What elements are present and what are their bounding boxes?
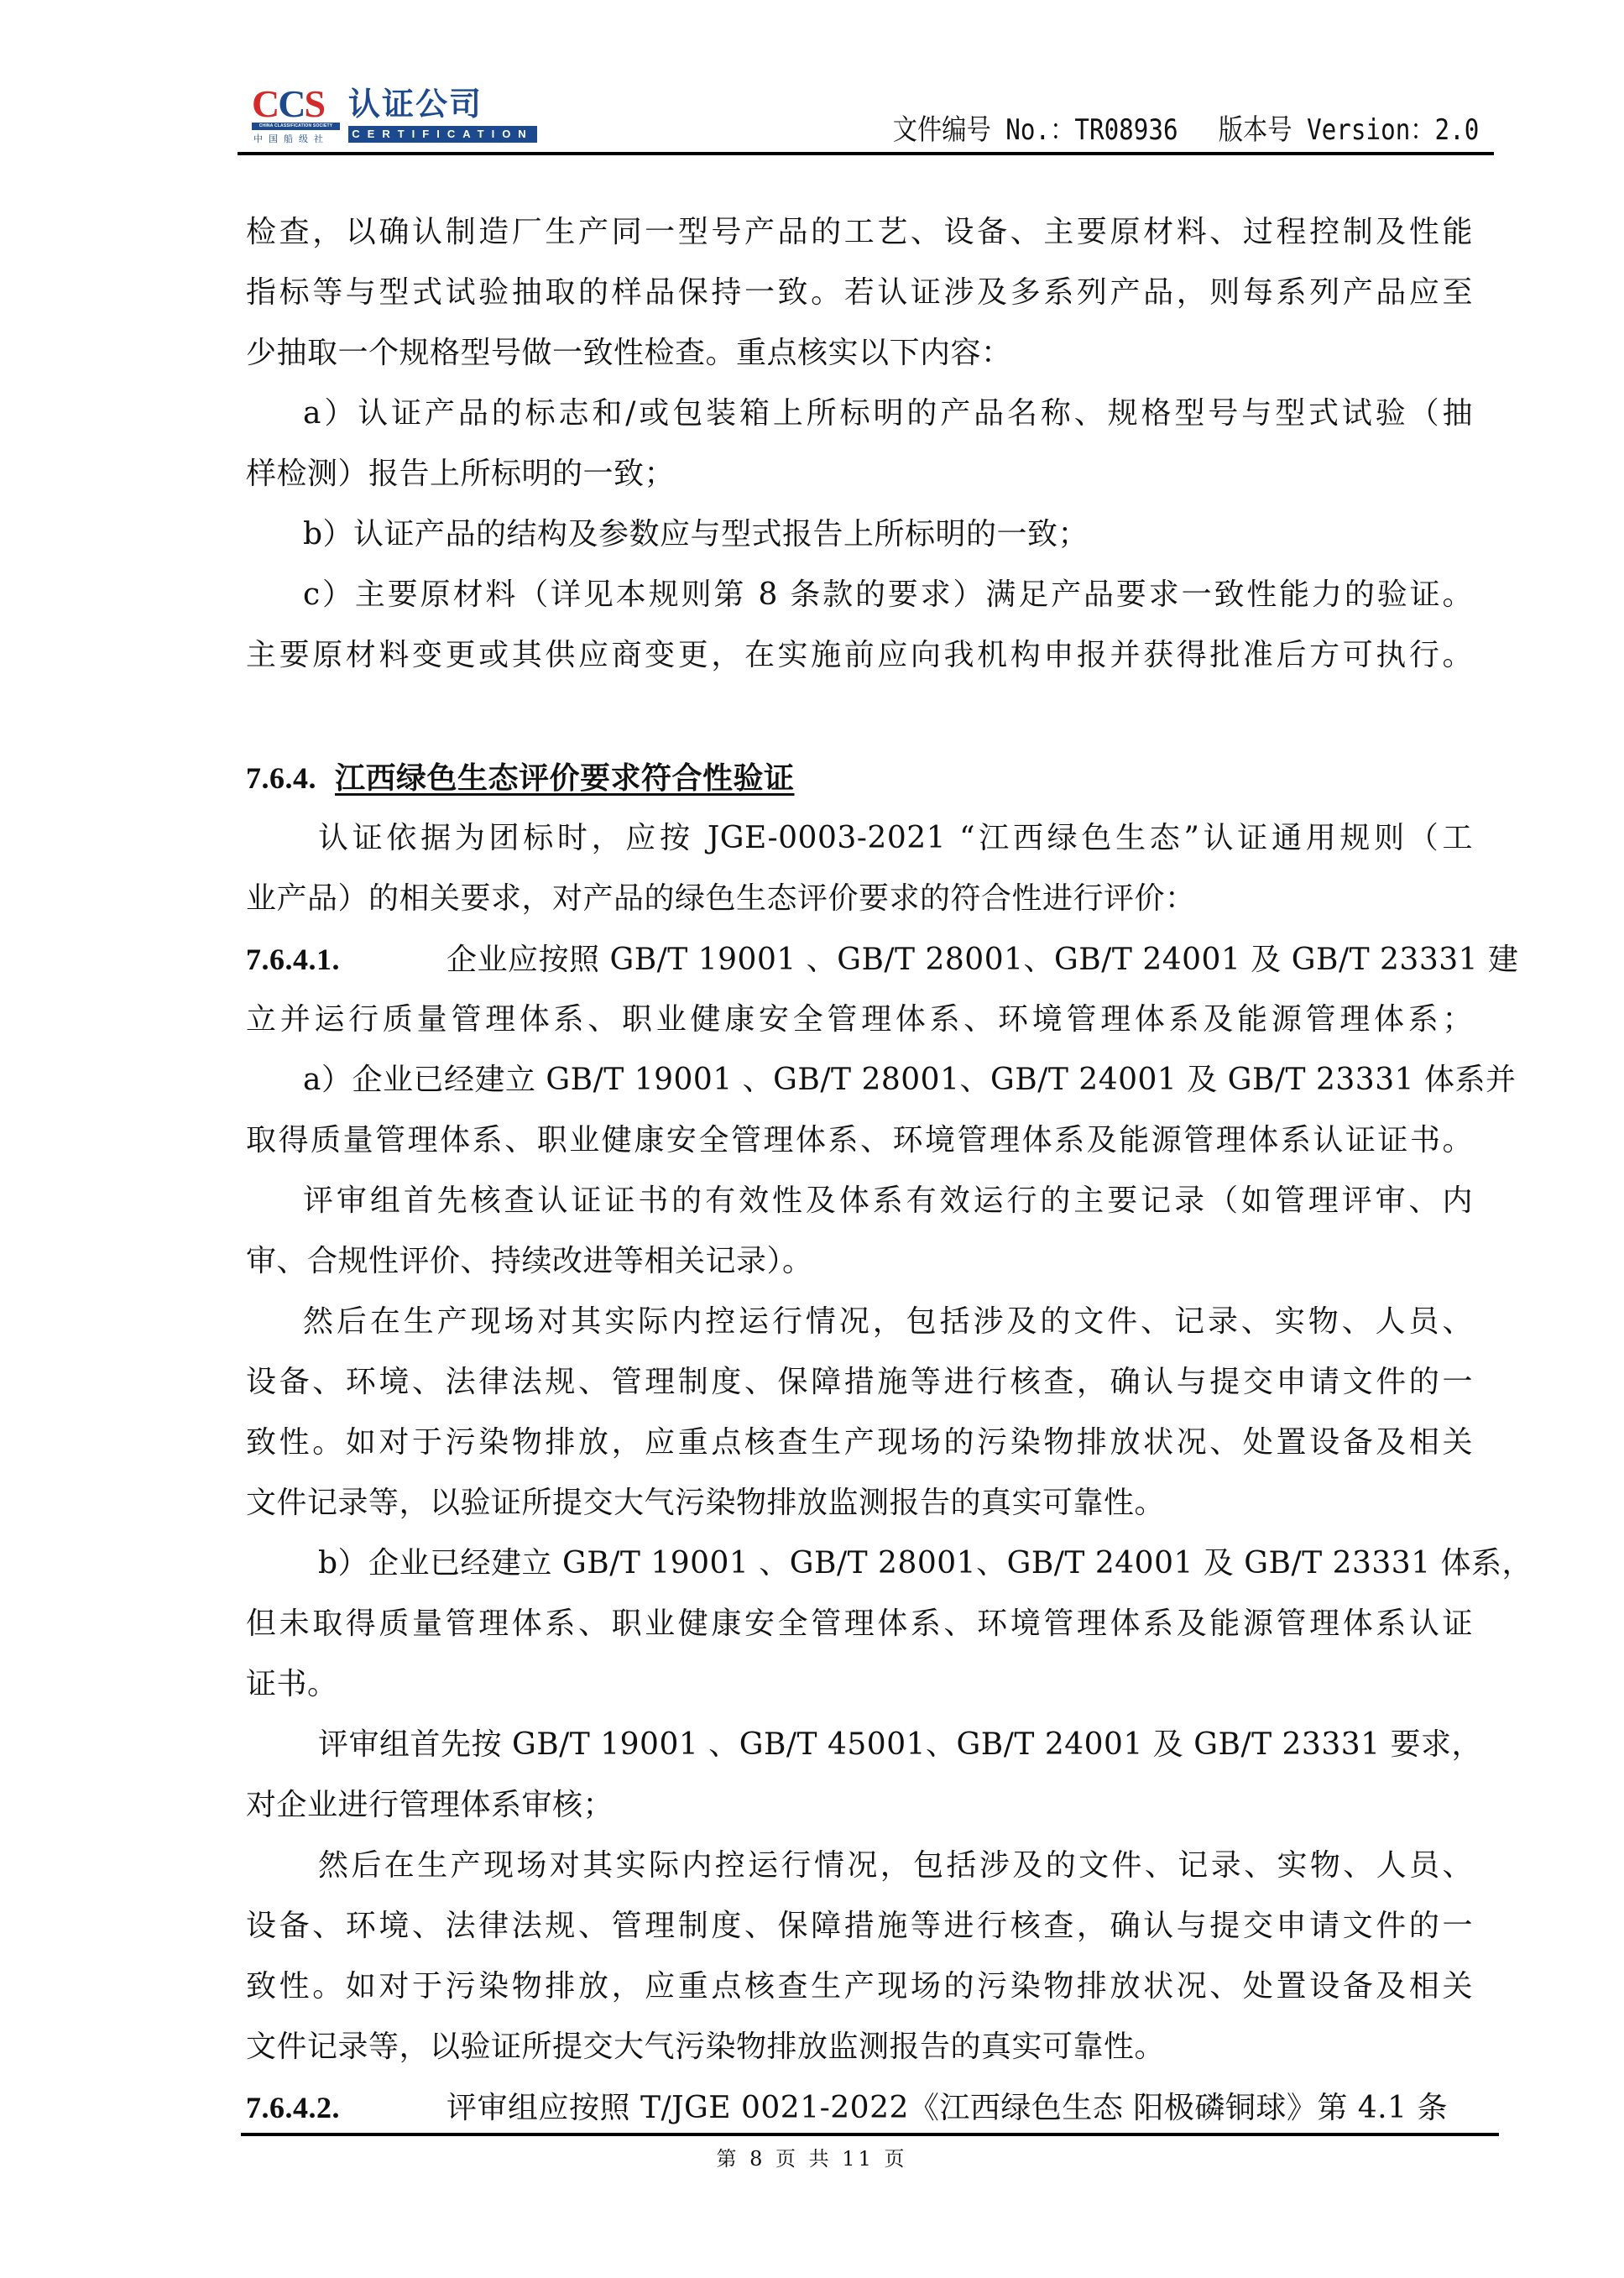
clause-item-a: a）企业已经建立 GB/T 19001 、GB/T 28001、GB/T 240… (246, 1050, 1473, 1110)
section-title: 江西绿色生态评价要求符合性验证 (335, 760, 795, 796)
ccs-certification-logo: CCS CHINA CLASSIFICATION SOCIETY 中国船级社 认… (252, 86, 537, 145)
list-item-a: a）认证产品的标志和/或包装箱上所标明的产品名称、规格型号与型式试验（抽 (246, 384, 1473, 444)
list-item-a-cont: 样检测）报告上所标明的一致； (246, 444, 1473, 504)
clause-number: 7.6.4.1. (246, 929, 446, 990)
clause-text-cont: 立并运行质量管理体系、职业健康安全管理体系、环境管理体系及能源管理体系； (246, 990, 1473, 1050)
section-intro: 认证依据为团标时，应按 JGE-0003-2021 “江西绿色生态”认证通用规则… (246, 808, 1473, 869)
review-paragraph-cont: 对企业进行管理体系审核； (246, 1775, 1473, 1836)
logo-ccs-mark: CCS (252, 86, 344, 122)
clause-item-a-cont: 取得质量管理体系、职业健康安全管理体系、环境管理体系及能源管理体系认证证书。 (246, 1110, 1473, 1171)
list-item-b: b）认证产品的结构及参数应与型式报告上所标明的一致； (246, 504, 1473, 565)
section-heading: 7.6.4.江西绿色生态评价要求符合性验证 (246, 748, 1473, 808)
list-item-c-cont: 主要原材料变更或其供应商变更，在实施前应向我机构申报并获得批准后方可执行。 (246, 625, 1473, 686)
review-paragraph-cont: 审、合规性评价、持续改进等相关记录）。 (246, 1231, 1473, 1292)
clause-heading: 7.6.4.2.评审组应按照 T/JGE 0021-2022《江西绿色生态 阳极… (246, 2077, 1473, 2138)
onsite-paragraph-cont: 设备、环境、法律法规、管理制度、保障措施等进行核查，确认与提交申请文件的一 (246, 1352, 1473, 1413)
clause-text: 评审组应按照 T/JGE 0021-2022《江西绿色生态 阳极磷铜球》第 4.… (446, 2091, 1448, 2125)
page-header: CCS CHINA CLASSIFICATION SOCIETY 中国船级社 认… (238, 80, 1494, 155)
section-intro-cont: 业产品）的相关要求，对产品的绿色生态评价要求的符合性进行评价： (246, 869, 1473, 929)
onsite-paragraph: 然后在生产现场对其实际内控运行情况，包括涉及的文件、记录、实物、人员、 (246, 1836, 1473, 1896)
review-paragraph: 评审组首先核查认证证书的有效性及体系有效运行的主要记录（如管理评审、内 (246, 1171, 1473, 1231)
paragraph-line: 指标等与型式试验抽取的样品保持一致。若认证涉及多系列产品，则每系列产品应至 (246, 263, 1473, 323)
clause-item-b-cont: 但未取得质量管理体系、职业健康安全管理体系、环境管理体系及能源管理体系认证 (246, 1594, 1473, 1654)
page-number: 第 8 页 共 11 页 (0, 2145, 1624, 2172)
onsite-paragraph-cont: 致性。如对于污染物排放，应重点核查生产现场的污染物排放状况、处置设备及相关 (246, 1413, 1473, 1473)
paragraph-line: 检查，以确认制造厂生产同一型号产品的工艺、设备、主要原材料、过程控制及性能 (246, 202, 1473, 263)
paragraph-line: 少抽取一个规格型号做一致性检查。重点核实以下内容： (246, 323, 1473, 384)
clause-number: 7.6.4.2. (246, 2077, 446, 2138)
clause-item-b: b）企业已经建立 GB/T 19001 、GB/T 28001、GB/T 240… (246, 1533, 1473, 1594)
document-body: 检查，以确认制造厂生产同一型号产品的工艺、设备、主要原材料、过程控制及性能 指标… (246, 202, 1473, 2138)
version-number: 2.0 (1434, 113, 1479, 147)
clause-heading: 7.6.4.1.企业应按照 GB/T 19001 、GB/T 28001、GB/… (246, 929, 1473, 990)
version-label: 版本号 Version： (1218, 113, 1434, 147)
clause-text: 企业应按照 GB/T 19001 、GB/T 28001、GB/T 24001 … (446, 943, 1519, 977)
logo-company-cn: 认证公司 (348, 86, 483, 122)
onsite-paragraph-cont: 文件记录等，以验证所提交大气污染物排放监测报告的真实可靠性。 (246, 2017, 1473, 2077)
onsite-paragraph: 然后在生产现场对其实际内控运行情况，包括涉及的文件、记录、实物、人员、 (246, 1292, 1473, 1352)
onsite-paragraph-cont: 设备、环境、法律法规、管理制度、保障措施等进行核查，确认与提交申请文件的一 (246, 1896, 1473, 1957)
review-paragraph: 评审组首先按 GB/T 19001 、GB/T 45001、GB/T 24001… (246, 1715, 1473, 1775)
logo-society-en: CHINA CLASSIFICATION SOCIETY (252, 123, 340, 130)
logo-certification-bar: CERTIFICATION (348, 126, 537, 143)
footer-divider (241, 2133, 1499, 2136)
section-number: 7.6.4. (246, 761, 316, 795)
onsite-paragraph-cont: 文件记录等，以验证所提交大气污染物排放监测报告的真实可靠性。 (246, 1473, 1473, 1533)
list-item-c: c）主要原材料（详见本规则第 8 条款的要求）满足产品要求一致性能力的验证。 (246, 565, 1473, 625)
document-meta: 文件编号 No.：TR08936版本号 Version：2.0 (892, 113, 1479, 147)
doc-number-label: 文件编号 No.： (892, 113, 1074, 147)
clause-item-b-cont: 证书。 (246, 1654, 1473, 1715)
logo-society-cn: 中国船级社 (253, 132, 329, 145)
doc-number: TR08936 (1074, 113, 1178, 147)
header-divider (238, 152, 1494, 155)
onsite-paragraph-cont: 致性。如对于污染物排放，应重点核查生产现场的污染物排放状况、处置设备及相关 (246, 1957, 1473, 2017)
